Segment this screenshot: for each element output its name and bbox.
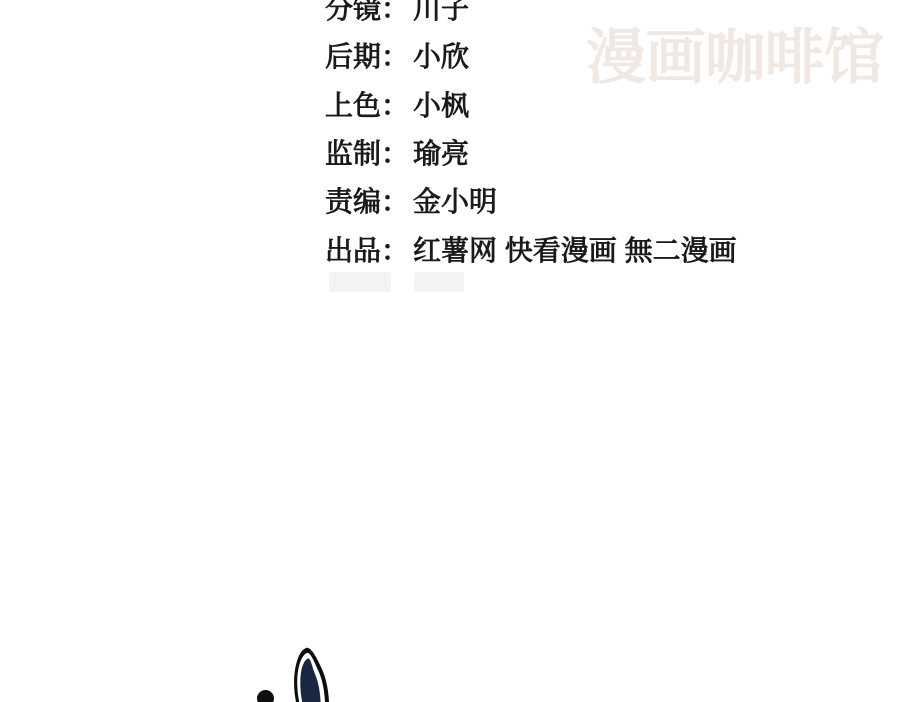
- ink-dot-illustration: [257, 690, 274, 702]
- credit-name-value: 金小明: [413, 180, 497, 220]
- faded-print-artifact: [329, 272, 391, 292]
- credit-row-postproduction: 后期： 小欣: [325, 31, 737, 79]
- credit-name-value: 川子: [413, 0, 469, 27]
- credit-row-coloring: 上色： 小枫: [325, 80, 737, 128]
- credit-name-value: 小欣: [413, 35, 469, 75]
- credit-role-label: 后期：: [325, 35, 409, 75]
- faded-print-artifact: [414, 272, 464, 292]
- credit-row-storyboard: 分镜： 川子: [325, 0, 737, 31]
- credit-role-label: 上色：: [325, 84, 409, 124]
- shoe-tip-illustration: [290, 643, 336, 702]
- credit-row-supervisor: 监制： 瑜亮: [325, 128, 737, 176]
- credit-row-editor: 责编： 金小明: [325, 176, 737, 224]
- credit-name-value: 小枫: [413, 84, 469, 124]
- credit-role-label: 监制：: [325, 132, 409, 172]
- credit-name-value: 瑜亮: [413, 132, 469, 172]
- credit-role-label: 出品：: [325, 229, 409, 269]
- comic-page: 漫画咖啡馆 分镜： 川子 后期： 小欣 上色： 小枫 监制： 瑜亮 责编： 金小…: [0, 0, 900, 702]
- credit-role-label: 责编：: [325, 180, 409, 220]
- credits-list: 分镜： 川子 后期： 小欣 上色： 小枫 监制： 瑜亮 责编： 金小明 出品： …: [325, 0, 737, 273]
- credit-role-label: 分镜：: [325, 0, 409, 27]
- credit-name-value: 红薯网 快看漫画 無二漫画: [413, 229, 737, 269]
- credit-row-production: 出品： 红薯网 快看漫画 無二漫画: [325, 224, 737, 272]
